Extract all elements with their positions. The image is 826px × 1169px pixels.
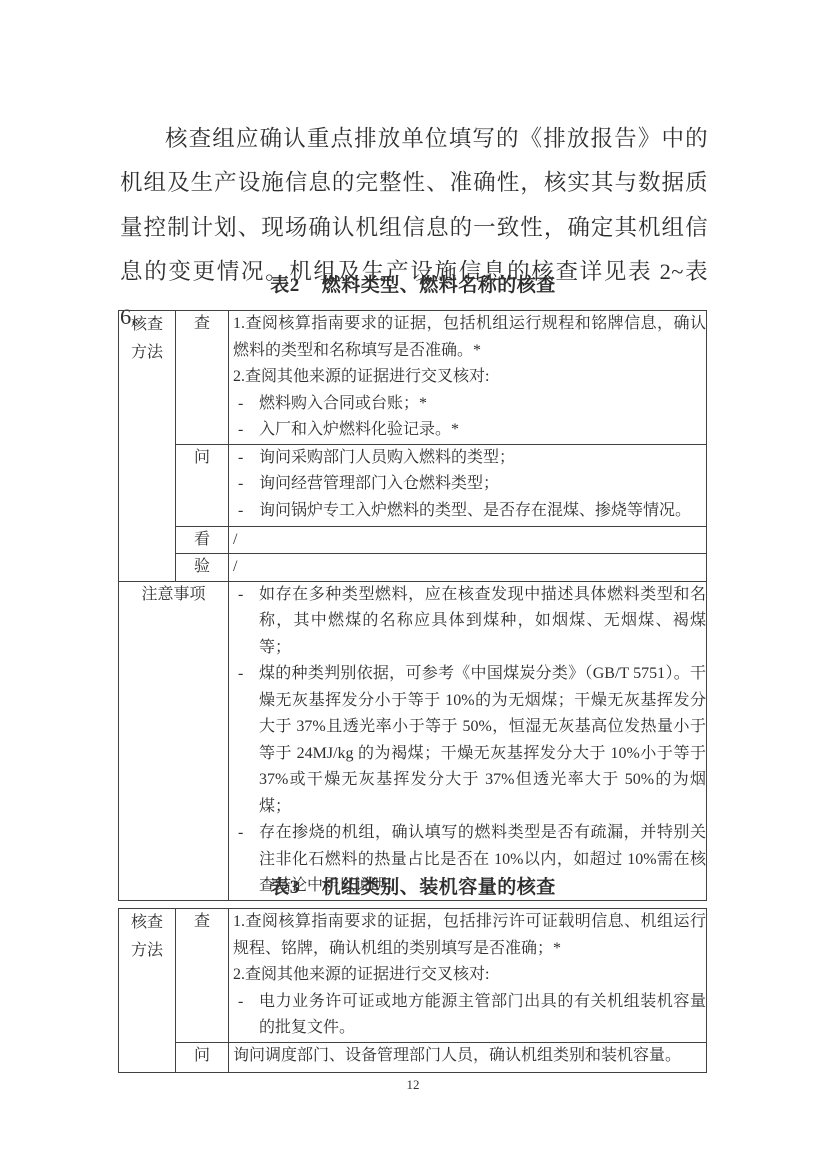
bullet-dash: - bbox=[238, 498, 243, 525]
cell-line-text: 如存在多种类型燃料，应在核查发现中描述具体燃料类型和名称，其中燃煤的名称应具体到… bbox=[259, 586, 706, 656]
intro-paragraph: 核查组应确认重点排放单位填写的《排放报告》中的机组及生产设施信息的完整性、准确性… bbox=[120, 117, 708, 340]
cell-line-text: 燃料购入合同或台账；* bbox=[259, 395, 427, 412]
cell-line: 2.查阅其他来源的证据进行交叉核对: bbox=[229, 364, 706, 391]
table2-notes-header-cell: 注意事项 bbox=[119, 581, 229, 900]
table3: 核查方法 查 1.查阅核算指南要求的证据，包括排污许可证载明信息、机组运行规程、… bbox=[118, 908, 707, 1073]
cell-line-text: 2.查阅其他来源的证据进行交叉核对: bbox=[233, 368, 489, 385]
table3-cha-content-cell: 1.查阅核算指南要求的证据，包括排污许可证载明信息、机组运行规程、铭牌，确认机组… bbox=[229, 909, 707, 1043]
table2-kan-content-cell: / bbox=[229, 526, 707, 554]
cell-line: -入厂和入炉燃料化验记录。* bbox=[229, 417, 706, 444]
cell-line-text: 1.查阅核算指南要求的证据，包括机组运行规程和铭牌信息，确认燃料的类型和名称填写… bbox=[233, 315, 706, 359]
cell-line: 2.查阅其他来源的证据进行交叉核对: bbox=[229, 962, 706, 989]
bullet-dash: - bbox=[238, 582, 243, 609]
cell-line-text: 电力业务许可证或地方能源主管部门出具的有关机组装机容量的批复文件。 bbox=[259, 993, 706, 1037]
table2-caption-title: 燃料类型、燃料名称的核查 bbox=[322, 275, 556, 296]
cell-line-text: / bbox=[233, 558, 237, 575]
bullet-dash: - bbox=[238, 391, 243, 418]
cell-line-text: 煤的种类判别依据，可参考《中国煤炭分类》（GB/T 5751）。干燥无灰基挥发分… bbox=[259, 665, 706, 815]
cell-line: -询问锅炉专工入炉燃料的类型、是否存在混煤、掺烧等情况。 bbox=[229, 498, 706, 525]
cell-line: -煤的种类判别依据，可参考《中国煤炭分类》（GB/T 5751）。干燥无灰基挥发… bbox=[229, 661, 706, 820]
table3-wen-content-cell: 询问调度部门、设备管理部门人员，确认机组类别和装机容量。 bbox=[229, 1043, 707, 1073]
cell-line: 1.查阅核算指南要求的证据，包括排污许可证载明信息、机组运行规程、铭牌，确认机组… bbox=[229, 909, 706, 962]
cell-line-text: 2.查阅其他来源的证据进行交叉核对: bbox=[233, 966, 489, 983]
cell-line-text: 询问锅炉专工入炉燃料的类型、是否存在混煤、掺烧等情况。 bbox=[259, 502, 691, 519]
cell-line: -询问采购部门人员购入燃料的类型； bbox=[229, 445, 706, 472]
table2-caption-label: 表2 bbox=[270, 275, 300, 296]
bullet-dash: - bbox=[238, 989, 243, 1016]
cell-line: / bbox=[229, 527, 706, 554]
cell-line-text: 询问调度部门、设备管理部门人员，确认机组类别和装机容量。 bbox=[233, 1047, 681, 1064]
bullet-dash: - bbox=[238, 445, 243, 472]
table2-wen-content-cell: -询问采购部门人员购入燃料的类型；-询问经营管理部门入仓燃料类型；-询问锅炉专工… bbox=[229, 444, 707, 526]
cell-line-text: / bbox=[233, 531, 237, 548]
page-number: 12 bbox=[0, 1077, 826, 1093]
table2-cha-content-cell: 1.查阅核算指南要求的证据，包括机组运行规程和铭牌信息，确认燃料的类型和名称填写… bbox=[229, 311, 707, 445]
cell-line: 询问调度部门、设备管理部门人员，确认机组类别和装机容量。 bbox=[229, 1043, 706, 1070]
table3-caption-label: 表3 bbox=[270, 877, 300, 898]
table3-row-label-cha: 查 bbox=[176, 909, 229, 1043]
table3-caption: 表3机组类别、装机容量的核查 bbox=[0, 872, 826, 899]
table2-row-label-wen: 问 bbox=[176, 444, 229, 526]
table2-method-header-cell: 核查方法 bbox=[119, 311, 176, 582]
bullet-dash: - bbox=[238, 661, 243, 688]
cell-line: -燃料购入合同或台账；* bbox=[229, 391, 706, 418]
document-page: 核查组应确认重点排放单位填写的《排放报告》中的机组及生产设施信息的完整性、准确性… bbox=[0, 0, 826, 1169]
cell-line: -电力业务许可证或地方能源主管部门出具的有关机组装机容量的批复文件。 bbox=[229, 989, 706, 1042]
bullet-dash: - bbox=[238, 820, 243, 847]
bullet-dash: - bbox=[238, 417, 243, 444]
table3-method-header-cell: 核查方法 bbox=[119, 909, 176, 1073]
method-header-label: 核查方法 bbox=[129, 311, 166, 367]
cell-line: -如存在多种类型燃料，应在核查发现中描述具体燃料类型和名称，其中燃煤的名称应具体… bbox=[229, 582, 706, 662]
cell-line: 1.查阅核算指南要求的证据，包括机组运行规程和铭牌信息，确认燃料的类型和名称填写… bbox=[229, 311, 706, 364]
table3-row-label-wen: 问 bbox=[176, 1043, 229, 1073]
table2-notes-content-cell: -如存在多种类型燃料，应在核查发现中描述具体燃料类型和名称，其中燃煤的名称应具体… bbox=[229, 581, 707, 900]
cell-line-text: 入厂和入炉燃料化验记录。* bbox=[259, 421, 459, 438]
bullet-dash: - bbox=[238, 471, 243, 498]
table2-row-label-kan: 看 bbox=[176, 526, 229, 554]
cell-line-text: 询问采购部门人员购入燃料的类型； bbox=[259, 449, 515, 466]
method-header-label: 核查方法 bbox=[129, 909, 166, 965]
table3-caption-title: 机组类别、装机容量的核查 bbox=[322, 877, 556, 898]
cell-line-text: 询问经营管理部门入仓燃料类型； bbox=[259, 475, 499, 492]
cell-line: / bbox=[229, 554, 706, 581]
table2-row-label-yan: 验 bbox=[176, 554, 229, 582]
table2-row-label-cha: 查 bbox=[176, 311, 229, 445]
cell-line: -询问经营管理部门入仓燃料类型； bbox=[229, 471, 706, 498]
table2-caption: 表2燃料类型、燃料名称的核查 bbox=[0, 270, 826, 297]
cell-line-text: 1.查阅核算指南要求的证据，包括排污许可证载明信息、机组运行规程、铭牌，确认机组… bbox=[233, 913, 706, 957]
table2-yan-content-cell: / bbox=[229, 554, 707, 582]
table2: 核查方法 查 1.查阅核算指南要求的证据，包括机组运行规程和铭牌信息，确认燃料的… bbox=[118, 310, 707, 901]
